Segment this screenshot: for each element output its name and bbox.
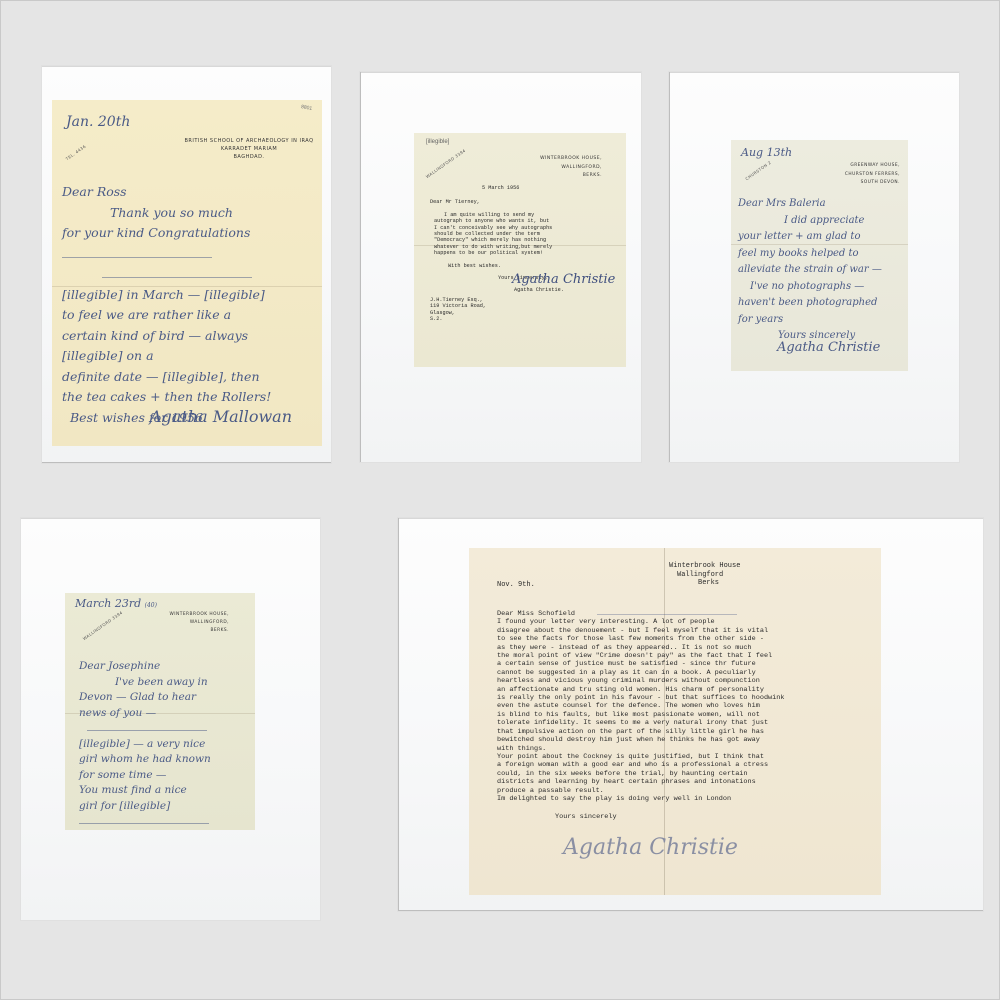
letter-5-date: Nov. 9th.: [497, 581, 535, 589]
letter-3-signature: Agatha Christie: [777, 340, 880, 355]
letter-1-illegible-line: [62, 244, 271, 265]
letter-2-signature: Agatha Christie: [512, 272, 615, 287]
mount-panel-2: [illegible] Wallingford 3394 Winterbrook…: [360, 72, 641, 462]
letter-5-salutation: Dear Miss Schofield: [497, 610, 784, 618]
letter-1-salutation: Dear Ross: [62, 182, 271, 203]
letter-4-illegible-line: [79, 721, 211, 737]
letter-1-corner-number: 8801: [300, 104, 312, 112]
letter-1-paper: Jan. 20th 8801 Tel. 4436 British School …: [52, 100, 322, 446]
letter-1-signature: Agatha Mallowan: [150, 407, 292, 426]
letter-4-body: Dear Josephine I've been away in Devon —…: [79, 659, 211, 830]
mount-panel-5: Winterbrook House Wallingford Berks Nov.…: [398, 518, 983, 911]
letter-5-body: Dear Miss Schofield I found your letter …: [497, 610, 784, 822]
letter-2-corner-number: [illegible]: [426, 139, 449, 145]
letter-1-illegible-line: [62, 264, 271, 285]
letter-2-salutation: Dear Mr Tierney,: [430, 199, 564, 205]
letter-4-salutation: Dear Josephine: [79, 659, 211, 675]
letter-3-body: Dear Mrs Baleria I did appreciate your l…: [738, 196, 882, 345]
mount-panel-3: Aug 13th Churston 2 Greenway House, Chur…: [669, 72, 959, 462]
letter-3-paper: Aug 13th Churston 2 Greenway House, Chur…: [731, 140, 908, 371]
letter-4-date: March 23rd (40): [75, 597, 157, 610]
letter-3-date: Aug 13th: [741, 146, 792, 159]
letter-4-paper: March 23rd (40) Wallingford 3394 Winterb…: [65, 593, 255, 830]
letter-1-letterhead: British School of Archaeology in Iraq Ka…: [178, 137, 320, 161]
letter-5-address-header: Winterbrook House Wallingford Berks: [669, 562, 740, 588]
letter-3-stamp: Churston 2: [744, 160, 772, 182]
mount-panel-1: Jan. 20th 8801 Tel. 4436 British School …: [42, 66, 331, 463]
letter-3-letterhead: Greenway House, Churston Ferrers, South …: [845, 162, 900, 188]
letter-2-letterhead: Winterbrook House, Wallingford, Berks.: [540, 155, 602, 181]
letter-3-salutation: Dear Mrs Baleria: [738, 196, 882, 213]
letter-1-stamp: Tel. 4436: [65, 144, 87, 162]
letter-2-date: 5 March 1956: [430, 185, 564, 191]
mount-panel-4: March 23rd (40) Wallingford 3394 Winterb…: [21, 518, 320, 920]
letter-4-letterhead: Winterbrook House, Wallingford, Berks.: [169, 611, 229, 635]
letter-2-paper: [illegible] Wallingford 3394 Winterbrook…: [414, 133, 626, 367]
letter-1-body: Dear Ross Thank you so much for your kin…: [62, 182, 271, 428]
letter-4-illegible-line: [79, 814, 211, 830]
letter-4-stamp: Wallingford 3394: [82, 610, 124, 641]
letter-5-signature: Agatha Christie: [563, 835, 738, 860]
letter-2-body: 5 March 1956 Dear Mr Tierney, I am quite…: [430, 185, 564, 323]
letter-2-stamp: Wallingford 3394: [425, 148, 467, 179]
letter-1-date: Jan. 20th: [66, 114, 130, 130]
letter-5-paper: Winterbrook House Wallingford Berks Nov.…: [469, 548, 881, 895]
